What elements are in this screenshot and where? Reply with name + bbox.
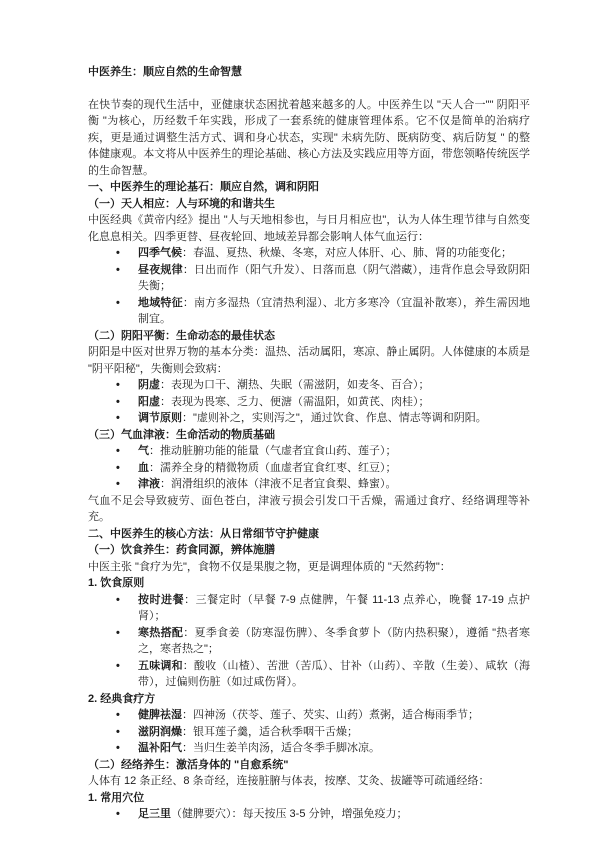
section-heading: （一）天人相应：人与环境的和谐共生 xyxy=(88,196,530,213)
bullet-item-label: 调节原则 xyxy=(138,412,182,424)
bullet-item-text: ：表现为畏寒、乏力、便溏（需温阳，如黄芪、肉桂）； xyxy=(160,396,430,408)
list-item: 气：推动脏腑功能的能量（气虚者宜食山药、莲子）； xyxy=(88,443,530,460)
bullet-item-text: ：日出而作（阳气升发）、日落而息（阴气潜藏），违背作息会导致阴阳失衡； xyxy=(138,264,530,293)
list-item: 寒热搭配：夏季食姜（防寒湿伤脾）、冬季食萝卜（防内热积聚），遵循 "热者寒之，寒… xyxy=(88,625,530,658)
list-item: 健脾祛湿：四神汤（茯苓、莲子、芡实、山药）煮粥，适合梅雨季节； xyxy=(88,707,530,724)
bullet-item-label: 温补阳气 xyxy=(138,742,182,754)
bullet-item-label: 地域特征 xyxy=(138,297,183,309)
list-item: 阳虚：表现为畏寒、乏力、便溏（需温阳，如黄芪、肉桂）； xyxy=(88,394,530,411)
bullet-item-text: ：三餐定时（早餐 7-9 点健脾，午餐 11-13 点养心，晚餐 17-19 点… xyxy=(138,594,530,623)
bullet-item-label: 四季气候 xyxy=(138,247,182,259)
bullet-list: 阴虚：表现为口干、潮热、失眠（需滋阴，如麦冬、百合）；阳虚：表现为畏寒、乏力、便… xyxy=(88,377,530,427)
bullet-item-text: ：南方多湿热（宜清热利湿）、北方多寒冷（宜温补散寒），养生需因地制宜。 xyxy=(138,297,530,326)
section-heading: （二）经络养生：激活身体的 "自愈系统" xyxy=(88,757,530,774)
bullet-item-text: ：四神汤（茯苓、莲子、芡实、山药）煮粥，适合梅雨季节； xyxy=(182,709,479,721)
bullet-list: 健脾祛湿：四神汤（茯苓、莲子、芡实、山药）煮粥，适合梅雨季节；滋阴润燥：银耳莲子… xyxy=(88,707,530,757)
bullet-item-text: ：酸收（山楂）、苦泄（苦瓜）、甘补（山药）、辛散（生姜）、咸软（海带），过偏则伤… xyxy=(138,660,530,689)
document-title: 中医养生：顺应自然的生命智慧 xyxy=(88,64,530,81)
bullet-item-label: 滋阴润燥 xyxy=(138,726,182,738)
list-item: 阴虚：表现为口干、潮热、失眠（需滋阴，如麦冬、百合）； xyxy=(88,377,530,394)
list-item: 血：濡养全身的精微物质（血虚者宜食红枣、红豆）； xyxy=(88,460,530,477)
bullet-item-label: 气 xyxy=(138,445,149,457)
numbered-heading: 1. 饮食原则 xyxy=(88,575,530,592)
bullet-item-label: 寒热搭配 xyxy=(138,627,183,639)
list-item: 地域特征：南方多湿热（宜清热利湿）、北方多寒冷（宜温补散寒），养生需因地制宜。 xyxy=(88,295,530,328)
section-heading: 二、中医养生的核心方法：从日常细节守护健康 xyxy=(88,526,530,543)
bullet-item-text: ："虚则补之，实则泻之"，通过饮食、作息、情志等调和阴阳。 xyxy=(182,412,487,424)
bullet-item-label: 健脾祛湿 xyxy=(138,709,182,721)
bullet-item-label: 足三里 xyxy=(138,808,171,820)
section-heading: （一）饮食养生：药食同源，辨体施膳 xyxy=(88,542,530,559)
bullet-item-label: 津液 xyxy=(138,478,160,490)
bullet-item-text: ：银耳莲子羹，适合秋季咽干舌燥； xyxy=(182,726,358,738)
paragraph: 阴阳是中医对世界万物的基本分类：温热、活动属阳，寒凉、静止属阴。人体健康的本质是… xyxy=(88,344,530,377)
bullet-item-text: ：春温、夏热、秋燥、冬寒，对应人体肝、心、肺、肾的功能变化； xyxy=(182,247,512,259)
bullet-item-text: （健脾要穴）：每天按压 3-5 分钟，增强免疫力； xyxy=(171,808,408,820)
bullet-item-label: 阳虚 xyxy=(138,396,160,408)
document-page: 中医养生：顺应自然的生命智慧 在快节奏的现代生活中，亚健康状态困扰着越来越多的人… xyxy=(0,0,595,841)
list-item: 滋阴润燥：银耳莲子羹，适合秋季咽干舌燥； xyxy=(88,724,530,741)
document-content: 中医养生：顺应自然的生命智慧 在快节奏的现代生活中，亚健康状态困扰着越来越多的人… xyxy=(88,64,530,823)
paragraph: 人体有 12 条正经、8 条奇经，连接脏腑与体表，按摩、艾灸、拔罐等可疏通经络： xyxy=(88,773,530,790)
numbered-heading: 2. 经典食疗方 xyxy=(88,691,530,708)
list-item: 四季气候：春温、夏热、秋燥、冬寒，对应人体肝、心、肺、肾的功能变化； xyxy=(88,245,530,262)
bullet-item-label: 血 xyxy=(138,462,149,474)
list-item: 调节原则："虚则补之，实则泻之"，通过饮食、作息、情志等调和阴阳。 xyxy=(88,410,530,427)
bullet-item-label: 五味调和 xyxy=(138,660,183,672)
bullet-item-label: 按时进餐 xyxy=(138,594,184,606)
list-item: 昼夜规律：日出而作（阳气升发）、日落而息（阴气潜藏），违背作息会导致阴阳失衡； xyxy=(88,262,530,295)
list-item: 足三里（健脾要穴）：每天按压 3-5 分钟，增强免疫力； xyxy=(88,806,530,823)
list-item: 温补阳气：当归生姜羊肉汤，适合冬季手脚冰凉。 xyxy=(88,740,530,757)
bullet-item-text: ：夏季食姜（防寒湿伤脾）、冬季食萝卜（防内热积聚），遵循 "热者寒之，寒者热之"… xyxy=(138,627,530,656)
section-heading: （二）阴阳平衡：生命动态的最佳状态 xyxy=(88,328,530,345)
bullet-item-text: ：润滑组织的液体（津液不足者宜食梨、蜂蜜）。 xyxy=(160,478,397,490)
section-heading: 一、中医养生的理论基石：顺应自然，调和阴阳 xyxy=(88,179,530,196)
bullet-item-text: ：表现为口干、潮热、失眠（需滋阴，如麦冬、百合）； xyxy=(160,379,430,391)
paragraph: 中医主张 "食疗为先"，食物不仅是果腹之物，更是调理体质的 "天然药物"： xyxy=(88,559,530,576)
numbered-heading: 1. 常用穴位 xyxy=(88,790,530,807)
paragraph: 气血不足会导致疲劳、面色苍白，津液亏损会引发口干舌燥，需通过食疗、经络调理等补充… xyxy=(88,493,530,526)
bullet-item-text: ：濡养全身的精微物质（血虚者宜食红枣、红豆）； xyxy=(149,462,397,474)
paragraph: 在快节奏的现代生活中，亚健康状态困扰着越来越多的人。中医养生以 "天人合一"" … xyxy=(88,97,530,180)
paragraph: 中医经典《黄帝内经》提出 "人与天地相参也，与日月相应也"，认为人体生理节律与自… xyxy=(88,212,530,245)
document-body: 在快节奏的现代生活中，亚健康状态困扰着越来越多的人。中医养生以 "天人合一"" … xyxy=(88,97,530,823)
bullet-item-label: 昼夜规律 xyxy=(138,264,183,276)
bullet-item-text: ：推动脏腑功能的能量（气虚者宜食山药、莲子）； xyxy=(149,445,397,457)
bullet-list: 按时进餐：三餐定时（早餐 7-9 点健脾，午餐 11-13 点养心，晚餐 17-… xyxy=(88,592,530,691)
list-item: 按时进餐：三餐定时（早餐 7-9 点健脾，午餐 11-13 点养心，晚餐 17-… xyxy=(88,592,530,625)
list-item: 津液：润滑组织的液体（津液不足者宜食梨、蜂蜜）。 xyxy=(88,476,530,493)
bullet-list: 气：推动脏腑功能的能量（气虚者宜食山药、莲子）；血：濡养全身的精微物质（血虚者宜… xyxy=(88,443,530,493)
bullet-list: 四季气候：春温、夏热、秋燥、冬寒，对应人体肝、心、肺、肾的功能变化；昼夜规律：日… xyxy=(88,245,530,328)
bullet-item-label: 阴虚 xyxy=(138,379,160,391)
bullet-item-text: ：当归生姜羊肉汤，适合冬季手脚冰凉。 xyxy=(182,742,380,754)
list-item: 五味调和：酸收（山楂）、苦泄（苦瓜）、甘补（山药）、辛散（生姜）、咸软（海带），… xyxy=(88,658,530,691)
bullet-list: 足三里（健脾要穴）：每天按压 3-5 分钟，增强免疫力； xyxy=(88,806,530,823)
section-heading: （三）气血津液：生命活动的物质基础 xyxy=(88,427,530,444)
